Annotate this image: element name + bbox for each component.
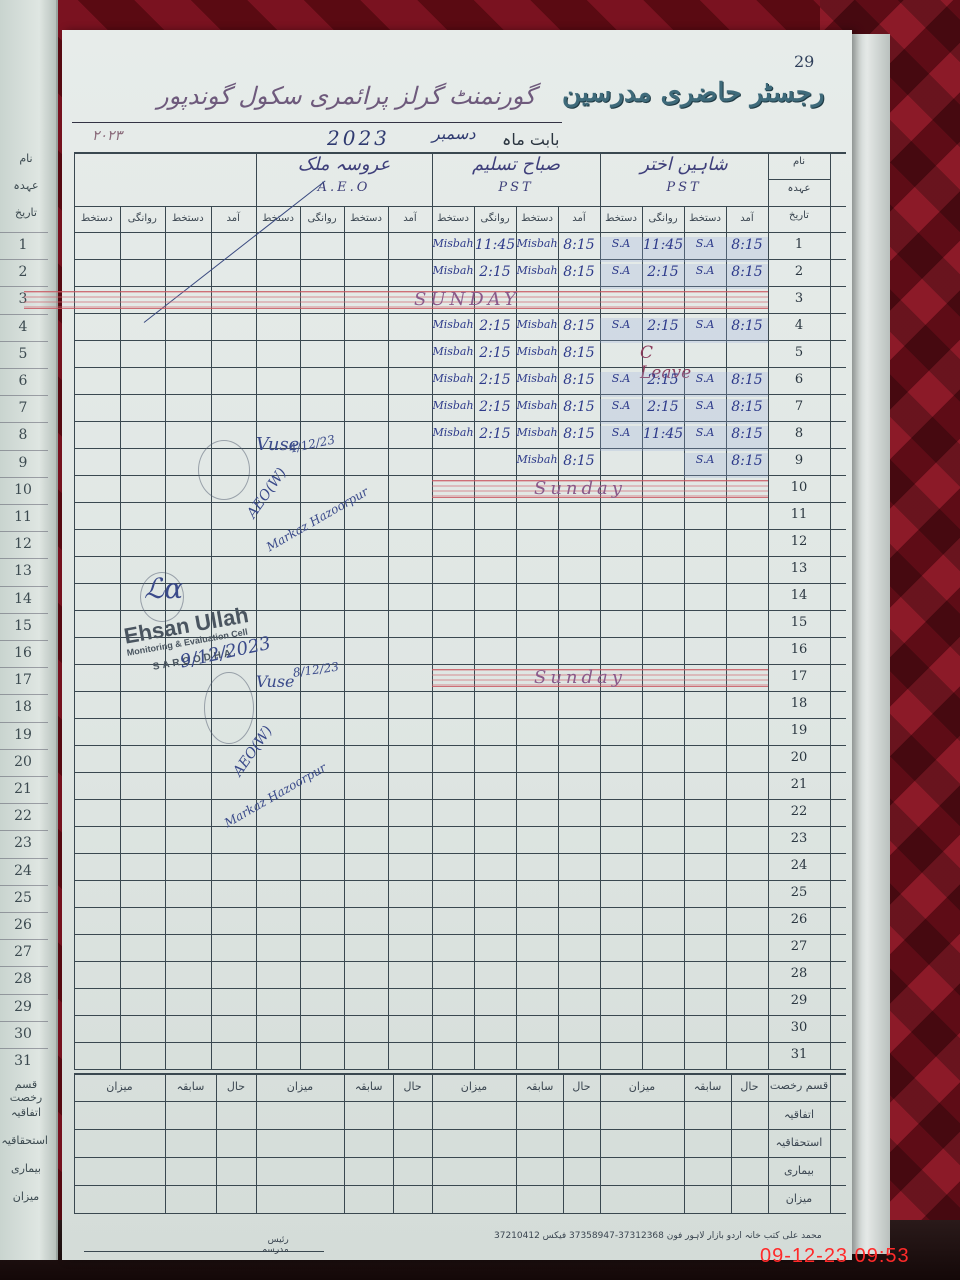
- left-page-line: [0, 232, 48, 233]
- signature-t1-sig-out: S.A: [600, 372, 642, 397]
- left-page-line: [0, 558, 48, 559]
- left-page-date: 14: [6, 591, 40, 607]
- time-t2-out: 11:45: [474, 237, 516, 262]
- time-t2-out: 2:15: [474, 426, 516, 451]
- time-t2-in: 8:15: [558, 318, 600, 343]
- left-page-summary-label: قسم رخصت: [4, 1078, 48, 1104]
- left-page-line: [0, 994, 48, 995]
- summary-subcol-border: [344, 1073, 345, 1213]
- teacher-designation: PST: [432, 180, 600, 195]
- date-number: 26: [768, 912, 830, 927]
- date-number: 7: [768, 399, 830, 414]
- left-page-date: 1: [6, 237, 40, 253]
- teacher-name: صباح تسلیم: [432, 154, 600, 175]
- row-line: [74, 583, 846, 584]
- summary-header: میزان: [74, 1080, 165, 1093]
- time-t1-in: 8:15: [726, 426, 768, 451]
- teacher-designation: PST: [600, 180, 768, 195]
- signature-t2-sig-out: Misbah: [432, 426, 474, 451]
- left-page-line: [0, 477, 48, 478]
- left-page-line: [0, 314, 48, 315]
- time-t1-in: 8:15: [726, 318, 768, 343]
- left-page-line: [0, 286, 48, 287]
- summary-subcol-border: [256, 1073, 257, 1213]
- summary-subcol-border: [563, 1073, 564, 1213]
- teacher-name: عروسہ ملک: [256, 154, 432, 175]
- left-page-date: 28: [6, 971, 40, 987]
- left-page-date: 9: [6, 455, 40, 471]
- left-page-line: [0, 722, 48, 723]
- time-t1-out: 2:15: [642, 264, 684, 289]
- date-number: 1: [768, 237, 830, 252]
- time-t1-out: 2:15: [642, 372, 684, 397]
- publisher-info: محمد علی کتب خانہ اردو بازار لاہور فون 3…: [494, 1231, 822, 1241]
- left-page-line: [0, 858, 48, 859]
- col-header-signature: دستخط: [344, 213, 388, 224]
- subcol-border: [344, 206, 345, 1069]
- summary-subcol-border: [393, 1073, 394, 1213]
- sunday-label: Sunday: [534, 667, 626, 688]
- grid-right-border: [830, 152, 831, 1069]
- left-page-date: 15: [6, 618, 40, 634]
- left-page-date: 2: [6, 264, 40, 280]
- stamp-circle-1: [198, 440, 250, 500]
- row-line: [74, 988, 846, 989]
- summary-header: حال: [731, 1080, 768, 1093]
- teacher-name: شاہین اختر: [600, 154, 768, 175]
- left-page-date: 30: [6, 1026, 40, 1042]
- left-page-date: 16: [6, 645, 40, 661]
- signature-t2-sig-in: Misbah: [516, 426, 558, 451]
- signature-t2-sig-out: Misbah: [432, 399, 474, 424]
- left-page-line: [0, 422, 48, 423]
- summary-header: حال: [563, 1080, 600, 1093]
- left-page-date: 23: [6, 835, 40, 851]
- sunday-label: SUNDAY: [414, 289, 520, 310]
- left-page-summary-label: میزان: [4, 1190, 48, 1203]
- left-facing-page: نامعہدہتاریخ1234567891011121314151617181…: [0, 0, 58, 1260]
- left-page-date: 24: [6, 863, 40, 879]
- left-page-date: 4: [6, 319, 40, 335]
- signature-t1-sig-in: S.A: [684, 399, 726, 424]
- signature-t1-sig-in: S.A: [684, 372, 726, 397]
- left-page-date: 10: [6, 482, 40, 498]
- left-page-line: [0, 966, 48, 967]
- row-line: [74, 934, 846, 935]
- row-label-designation: عہدہ: [772, 183, 826, 194]
- ehsan-signature-glyph: ℒα: [144, 572, 183, 605]
- attendance-register-page: 29 رجسٹر حاضری مدرسین گورنمنٹ گرلز پرائم…: [62, 30, 852, 1260]
- date-number: 5: [768, 345, 830, 360]
- left-page-summary-label: بیماری: [4, 1162, 48, 1175]
- summary-header: سابقہ: [516, 1080, 563, 1093]
- date-number: 29: [768, 993, 830, 1008]
- page-stack-edge: [852, 34, 890, 1254]
- date-number: 31: [768, 1047, 830, 1062]
- signature-t1-sig-in: S.A: [684, 318, 726, 343]
- signature-t1-sig-in: S.A: [684, 237, 726, 262]
- date-number: 23: [768, 831, 830, 846]
- time-t2-in: 8:15: [558, 399, 600, 424]
- row-line: [74, 556, 846, 557]
- register-title: رجسٹر حاضری مدرسین: [562, 78, 824, 108]
- left-page-line: [0, 667, 48, 668]
- row-line: [74, 313, 846, 314]
- left-page-date: 5: [6, 346, 40, 362]
- time-t2-out: 2:15: [474, 399, 516, 424]
- left-page-line: [0, 1021, 48, 1022]
- school-name: گورنمنٹ گرلز پرائمری سکول گوندپور: [157, 82, 536, 110]
- time-t2-out: 2:15: [474, 345, 516, 370]
- leave-type-label: قسم رخصت: [768, 1079, 830, 1092]
- left-page-line: [0, 450, 48, 451]
- signature-t1-sig-out: S.A: [600, 237, 642, 262]
- left-page-line: [0, 504, 48, 505]
- left-page-date: 19: [6, 727, 40, 743]
- row-line: [74, 1042, 846, 1043]
- date-number: 22: [768, 804, 830, 819]
- left-page-date: 21: [6, 781, 40, 797]
- time-t2-in: 8:15: [558, 345, 600, 370]
- left-page-line: [0, 586, 48, 587]
- time-t2-in: 8:15: [558, 372, 600, 397]
- summary-header: میزان: [600, 1080, 684, 1093]
- subcol-border: [388, 206, 389, 1069]
- col-header-arrival: آمد: [726, 213, 768, 224]
- left-page-date: 7: [6, 400, 40, 416]
- date-number: 21: [768, 777, 830, 792]
- date-number: 28: [768, 966, 830, 981]
- block-border: [74, 152, 75, 1069]
- time-t1-out: 2:15: [642, 318, 684, 343]
- summary-subcol-border: [216, 1073, 217, 1213]
- row-line: [74, 232, 846, 233]
- date-number: 25: [768, 885, 830, 900]
- col-header-signature: دستخط: [600, 213, 642, 224]
- date-number: 6: [768, 372, 830, 387]
- left-page-line: [0, 912, 48, 913]
- row-line: [74, 1069, 846, 1070]
- left-page-date: 8: [6, 427, 40, 443]
- signature-t1-sig-out: S.A: [600, 426, 642, 451]
- summary-header: میزان: [432, 1080, 516, 1093]
- month-value: دسمبر: [432, 124, 475, 143]
- sunday-strike-band: [24, 291, 768, 309]
- left-page-line: [0, 368, 48, 369]
- left-page-line: [0, 830, 48, 831]
- col-header-signature: دستخط: [516, 213, 558, 224]
- signature-t1-sig-out: S.A: [600, 318, 642, 343]
- time-t1-in: 8:15: [726, 372, 768, 397]
- left-page-summary-label: اتفاقیہ: [4, 1106, 48, 1119]
- left-page-line: [0, 395, 48, 396]
- col-header-signature: دستخط: [684, 213, 726, 224]
- row-label-date: تاریخ: [772, 210, 826, 221]
- leave-row-label: بیماری: [768, 1164, 830, 1177]
- date-number: 12: [768, 534, 830, 549]
- row-line: [74, 880, 846, 881]
- date-number: 17: [768, 669, 830, 684]
- signature-t2-sig-out: Misbah: [432, 318, 474, 343]
- summary-subcol-border: [684, 1073, 685, 1213]
- left-page-line: [0, 694, 48, 695]
- row-line: [74, 772, 846, 773]
- visit1-title: AEO(W): [244, 465, 290, 521]
- signature-t1-sig-in: S.A: [684, 453, 726, 478]
- row-line: [74, 502, 846, 503]
- col-header-signature: دستخط: [256, 213, 300, 224]
- left-page-line: [0, 803, 48, 804]
- signature-t2-sig-out: Misbah: [432, 264, 474, 289]
- signature-t2-sig-in: Misbah: [516, 399, 558, 424]
- left-page-line: [0, 613, 48, 614]
- row-line: [74, 718, 846, 719]
- teacher-designation: A.E.O: [256, 180, 432, 195]
- month-label: بابت ماہ: [502, 130, 559, 149]
- row-line: [74, 610, 846, 611]
- summary-header: حال: [216, 1080, 256, 1093]
- summary-subcol-border: [731, 1073, 732, 1213]
- time-t1-in: 8:15: [726, 453, 768, 478]
- date-number: 20: [768, 750, 830, 765]
- year-value: 2023: [327, 126, 390, 150]
- summary-subcol-border: [432, 1073, 433, 1213]
- left-page-date: 12: [6, 536, 40, 552]
- date-number: 14: [768, 588, 830, 603]
- left-page-summary-label: استحقاقیہ: [4, 1134, 48, 1147]
- subcol-border: [120, 206, 121, 1069]
- signature-t2-sig-in: Misbah: [516, 264, 558, 289]
- left-page-date: 17: [6, 672, 40, 688]
- col-header-signature: دستخط: [165, 213, 211, 224]
- date-number: 30: [768, 1020, 830, 1035]
- date-number: 4: [768, 318, 830, 333]
- signature-t2-sig-out: Misbah: [432, 372, 474, 397]
- left-page-date: 13: [6, 563, 40, 579]
- time-t1-in: 8:15: [726, 399, 768, 424]
- col-header-arrival: آمد: [388, 213, 432, 224]
- summary-right-border: [830, 1073, 831, 1213]
- date-number: 8: [768, 426, 830, 441]
- col-header-departure: روانگی: [474, 213, 516, 224]
- corner-note: ۲۰۲۳: [92, 128, 122, 144]
- date-number: 2: [768, 264, 830, 279]
- summary-subcol-border: [74, 1073, 75, 1213]
- left-page-line: [0, 939, 48, 940]
- left-page-line: [0, 885, 48, 886]
- signature-t2-sig-in: Misbah: [516, 345, 558, 370]
- time-t1-out: 11:45: [642, 237, 684, 262]
- left-page-line: [0, 640, 48, 641]
- left-page-date: 18: [6, 699, 40, 715]
- row-line: [74, 907, 846, 908]
- summary-header: سابقہ: [344, 1080, 393, 1093]
- signature-t2-sig-in: Misbah: [516, 318, 558, 343]
- left-page-line: [0, 749, 48, 750]
- time-t1-in: 8:15: [726, 237, 768, 262]
- photo-timestamp: 09-12-23 09:53: [760, 1245, 910, 1268]
- left-page-date: 29: [6, 999, 40, 1015]
- left-page-line: [0, 776, 48, 777]
- col-header-signature: دستخط: [432, 213, 474, 224]
- block-border: [256, 152, 257, 1069]
- signature-t1-sig-in: S.A: [684, 264, 726, 289]
- left-page-label: تاریخ: [4, 206, 48, 219]
- col-header-departure: روانگی: [120, 213, 166, 224]
- date-number: 13: [768, 561, 830, 576]
- col-header-departure: روانگی: [300, 213, 344, 224]
- date-number: 3: [768, 291, 830, 306]
- summary-subcol-border: [516, 1073, 517, 1213]
- left-page-date: 20: [6, 754, 40, 770]
- date-col-left-border: [768, 152, 769, 1069]
- left-page-date: 31: [6, 1053, 40, 1069]
- row-line: [74, 745, 846, 746]
- signature-t2-sig-in: Misbah: [516, 237, 558, 262]
- row-line: [74, 853, 846, 854]
- left-page-date: 22: [6, 808, 40, 824]
- signature-t1-sig-in: S.A: [684, 426, 726, 451]
- visit1-place: Markaz Hazoorpur: [264, 484, 371, 554]
- summary-row-line: [74, 1213, 846, 1214]
- left-page-line: [0, 259, 48, 260]
- title-underline: [72, 122, 562, 123]
- block-border: [600, 152, 601, 1069]
- row-line: [74, 799, 846, 800]
- row-line: [74, 1015, 846, 1016]
- col-header-signature: دستخط: [74, 213, 120, 224]
- time-t2-in: 8:15: [558, 453, 600, 478]
- col-header-arrival: آمد: [558, 213, 600, 224]
- date-number: 18: [768, 696, 830, 711]
- left-page-date: 27: [6, 944, 40, 960]
- signature-t2-sig-in: Misbah: [516, 453, 558, 478]
- time-t2-in: 8:15: [558, 237, 600, 262]
- left-page-line: [0, 1048, 48, 1049]
- left-page-date: 11: [6, 509, 40, 525]
- head-signature-label: رئیس مدرسہ: [262, 1235, 289, 1255]
- time-t1-out: 11:45: [642, 426, 684, 451]
- col-header-departure: روانگی: [642, 213, 684, 224]
- time-t2-in: 8:15: [558, 264, 600, 289]
- stamp-circle-3: [204, 672, 254, 744]
- left-page-date: 25: [6, 890, 40, 906]
- col-header-arrival: آمد: [211, 213, 257, 224]
- summary-subcol-border: [165, 1073, 166, 1213]
- date-number: 11: [768, 507, 830, 522]
- left-page-date: 26: [6, 917, 40, 933]
- time-t1-in: 8:15: [726, 264, 768, 289]
- signature-t1-sig-out: S.A: [600, 399, 642, 424]
- row-line: [74, 961, 846, 962]
- date-number: 9: [768, 453, 830, 468]
- date-number: 10: [768, 480, 830, 495]
- visit2-signature: Vuse: [256, 672, 295, 691]
- subhead-top-line: [74, 206, 846, 207]
- name-row-line: [768, 179, 830, 180]
- leave-row-label: میزان: [768, 1192, 830, 1205]
- leave-row-label: اتفاقیہ: [768, 1108, 830, 1121]
- left-page-label: نام: [4, 152, 48, 165]
- summary-header: سابقہ: [684, 1080, 731, 1093]
- signature-t2-sig-in: Misbah: [516, 372, 558, 397]
- time-t2-out: 2:15: [474, 372, 516, 397]
- summary-header: میزان: [256, 1080, 344, 1093]
- leave-row-label: استحقاقیہ: [768, 1136, 830, 1149]
- signature-t1-sig-out: S.A: [600, 264, 642, 289]
- time-t2-in: 8:15: [558, 426, 600, 451]
- time-t1-out: 2:15: [642, 399, 684, 424]
- summary-header: حال: [393, 1080, 432, 1093]
- left-page-line: [0, 531, 48, 532]
- head-signature-line: [84, 1251, 324, 1252]
- time-t2-out: 2:15: [474, 318, 516, 343]
- page-number: 29: [794, 52, 814, 71]
- left-page-line: [0, 341, 48, 342]
- left-page-date: 6: [6, 373, 40, 389]
- summary-header: سابقہ: [165, 1080, 216, 1093]
- date-number: 27: [768, 939, 830, 954]
- row-line: [74, 529, 846, 530]
- row-line: [74, 826, 846, 827]
- summary-subcol-border: [600, 1073, 601, 1213]
- row-label-name: نام: [772, 156, 826, 167]
- date-number: 24: [768, 858, 830, 873]
- row-line: [74, 691, 846, 692]
- signature-t2-sig-out: Misbah: [432, 237, 474, 262]
- date-number: 19: [768, 723, 830, 738]
- date-number: 16: [768, 642, 830, 657]
- date-number: 15: [768, 615, 830, 630]
- time-t2-out: 2:15: [474, 264, 516, 289]
- signature-t2-sig-out: Misbah: [432, 345, 474, 370]
- left-page-label: عہدہ: [4, 179, 48, 192]
- subcol-border: [300, 206, 301, 1069]
- sunday-label: Sunday: [534, 478, 626, 499]
